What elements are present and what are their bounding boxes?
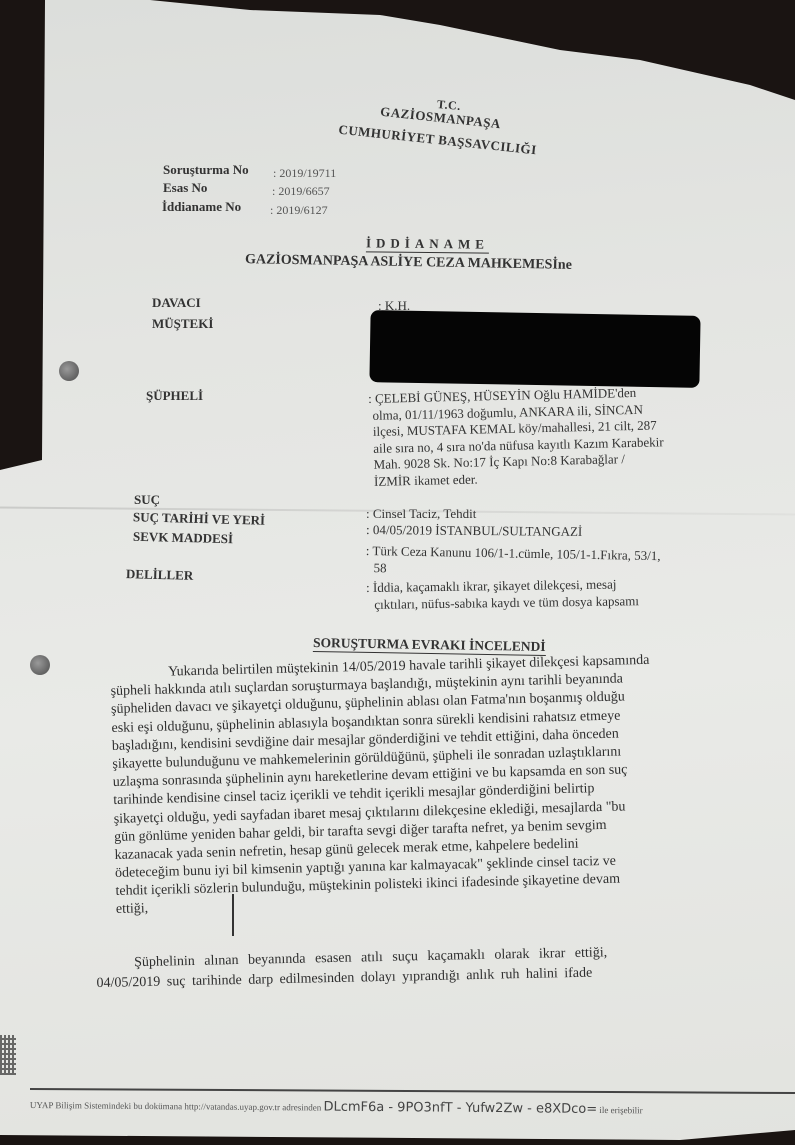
meta-label: Soruşturma No (163, 162, 249, 178)
supheli-value: : ÇELEBİ GÜNEŞ, HÜSEYİN Oğlu HAMİDE'den … (368, 384, 665, 490)
meta-value: : 2019/6127 (270, 203, 328, 218)
redaction-block (369, 310, 700, 388)
document-title: İDDİANAME (366, 235, 489, 253)
suc-label: SUÇ (134, 492, 160, 508)
deliller-value: : İddia, kaçamaklı ikrar, şikayet dilekç… (366, 576, 639, 613)
meta-label: İddianame No (162, 199, 241, 215)
deliller-label: DELİLLER (126, 566, 194, 584)
qr-code-icon (0, 1035, 16, 1075)
sevk-maddesi-label: SEVK MADDESİ (133, 529, 233, 548)
paragraph-1: Yukarıda belirtilen müştekinin 14/05/201… (110, 653, 655, 921)
meta-value: : 2019/6657 (272, 184, 330, 199)
suc-value: : Cinsel Taciz, Tehdit (366, 506, 476, 523)
meta-value: : 2019/19711 (273, 166, 336, 181)
footer-suffix: ile erişebilir (599, 1105, 642, 1115)
punch-hole-icon (59, 361, 79, 381)
supheli-label: ŞÜPHELİ (146, 388, 203, 404)
verification-code: DLcmF6a - 9PO3nfT - Yufw2Zw - e8XDco= (323, 1100, 597, 1117)
sevk-maddesi-value: : Türk Ceza Kanunu 106/1-1.cümle, 105/1-… (365, 543, 660, 581)
suc-tarihi-label: SUÇ TARİHİ VE YERİ (133, 509, 265, 528)
musteki-label: MÜŞTEKİ (152, 316, 213, 332)
suc-tarihi-value: : 04/05/2019 İSTANBUL/SULTANGAZİ (366, 522, 582, 540)
pen-mark (232, 894, 234, 936)
meta-label: Esas No (163, 180, 207, 196)
punch-hole-icon (30, 655, 50, 675)
footer-prefix: UYAP Bilişim Sistemindeki bu dokümana ht… (30, 1100, 321, 1113)
davaci-label: DAVACI (152, 295, 201, 311)
